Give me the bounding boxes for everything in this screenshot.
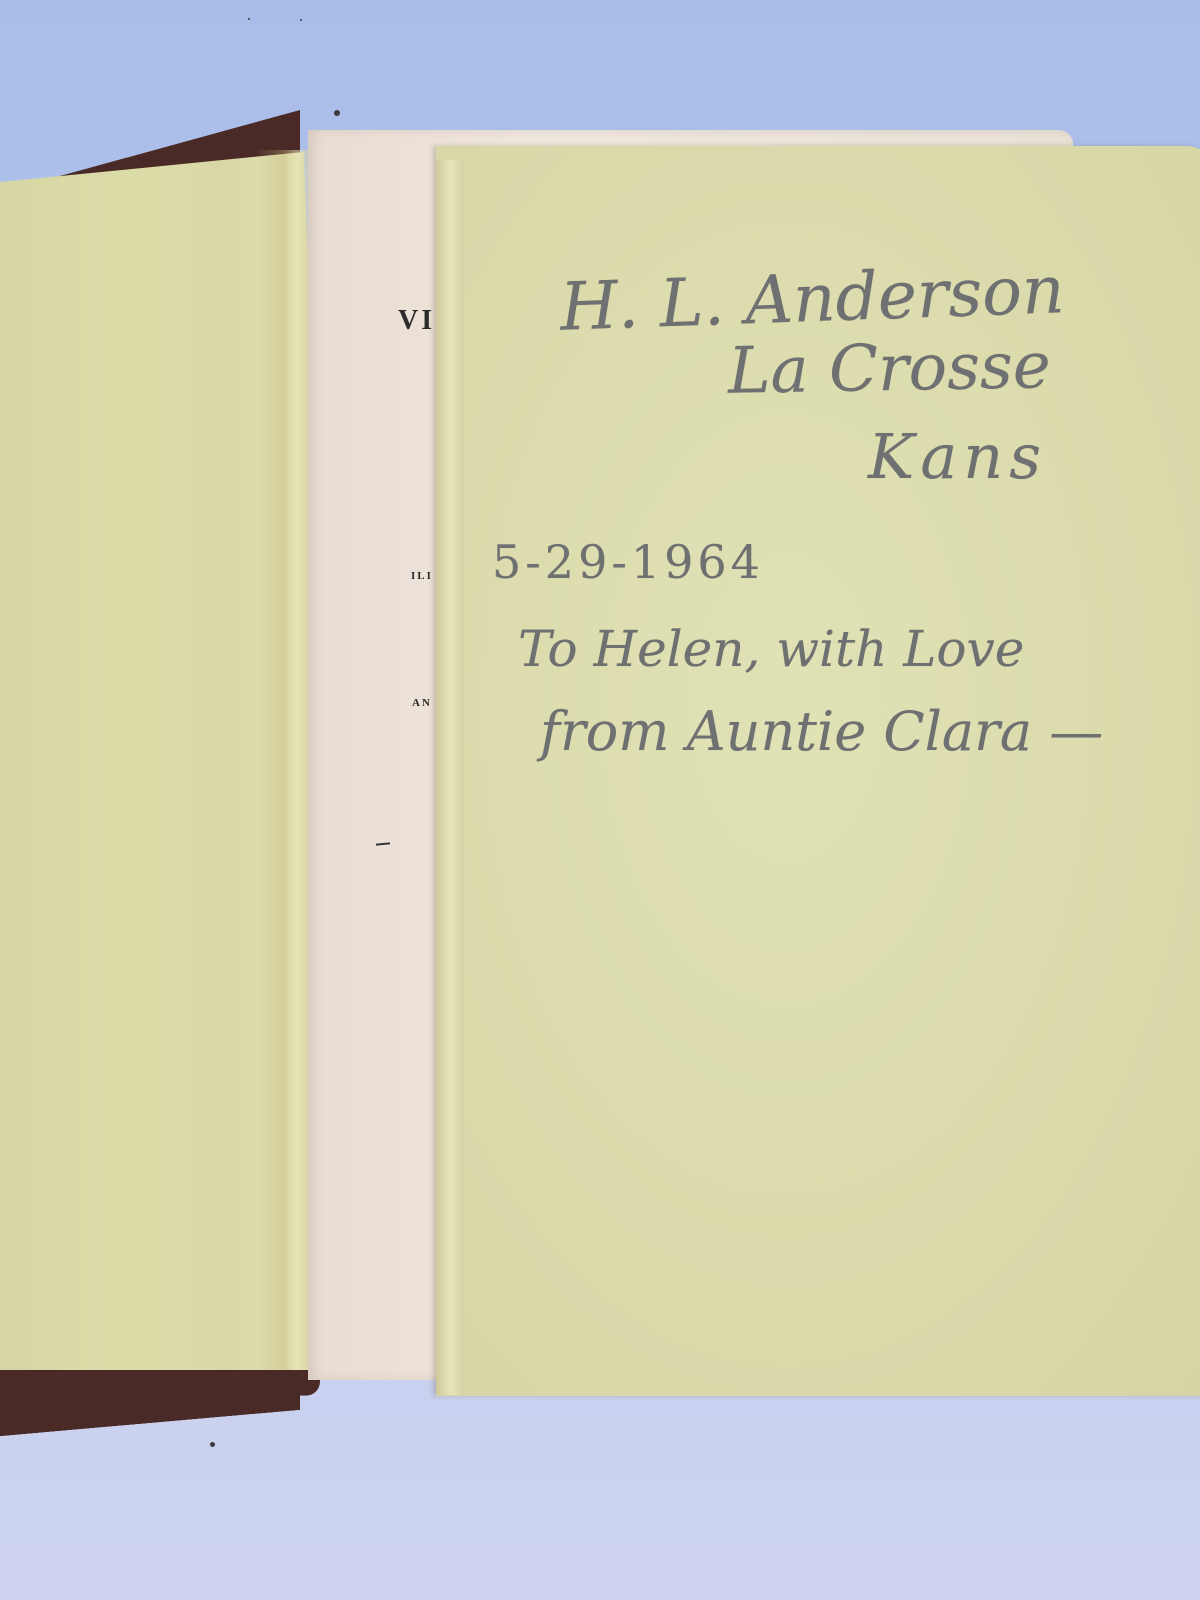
inscription-owner-city: La Crosse bbox=[727, 329, 1051, 409]
title-page-line-fragment: ILI bbox=[411, 570, 433, 582]
inscription-signature: from Auntie Clara — bbox=[540, 700, 1103, 763]
title-page-title-fragment: VI bbox=[398, 305, 435, 337]
dust-speck bbox=[210, 1442, 215, 1447]
title-page-line-fragment-2: AN bbox=[412, 697, 432, 709]
dust-speck bbox=[300, 19, 302, 21]
inscription-date: 5-29-1964 bbox=[492, 535, 764, 589]
dust-speck bbox=[334, 110, 340, 116]
flyleaf-edge bbox=[436, 160, 464, 1395]
inscription-owner-state: Kans bbox=[868, 420, 1047, 493]
inscription-dedication: To Helen, with Love bbox=[518, 620, 1024, 678]
dust-speck bbox=[248, 18, 250, 20]
